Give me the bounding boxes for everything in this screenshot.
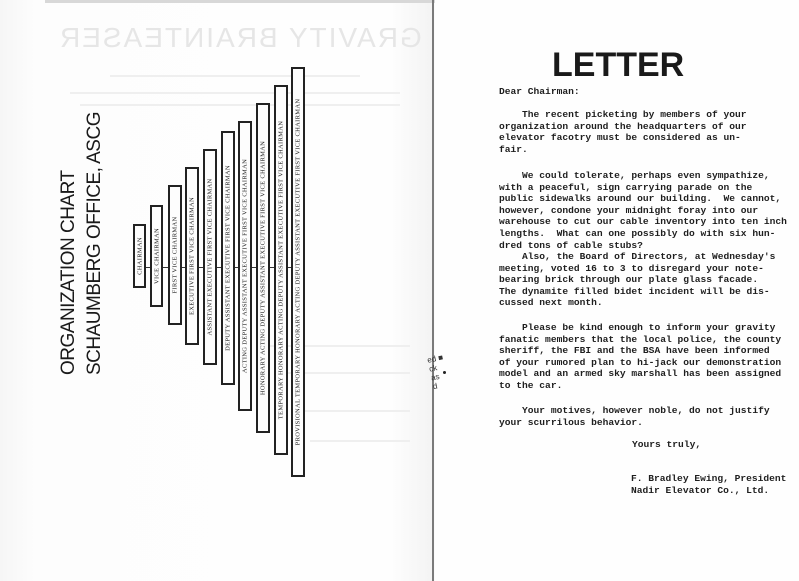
org-chart-box: VICE CHAIRMAN — [150, 205, 163, 307]
org-chart-box-label: TEMPORARY HONORARY ACTING DEPUTY ASSISTA… — [278, 121, 285, 419]
org-chart-box: TEMPORARY HONORARY ACTING DEPUTY ASSISTA… — [274, 85, 288, 455]
org-chart-box: EXECUTIVE FIRST VICE CHAIRMAN — [185, 167, 199, 345]
letter-signature: F. Bradley Ewing, President Nadir Elevat… — [631, 473, 799, 496]
org-chart-box-label: VICE CHAIRMAN — [153, 228, 160, 284]
letter-heading: LETTER — [552, 46, 684, 85]
org-chart-box-label: CHAIRMAN — [136, 237, 143, 275]
letter-salutation: Dear Chairman: — [499, 86, 791, 98]
org-chart-box: ASSISTANT EXECUTIVE FIRST VICE CHAIRMAN — [203, 149, 217, 365]
org-chart-box: FIRST VICE CHAIRMAN — [168, 185, 182, 325]
margin-dot — [443, 371, 446, 374]
org-chart: CHAIRMANVICE CHAIRMANFIRST VICE CHAIRMAN… — [0, 0, 434, 581]
org-chart-box: DEPUTY ASSISTANT EXECUTIVE FIRST VICE CH… — [221, 131, 235, 385]
letter-paragraph: Also, the Board of Directors, at Wednesd… — [499, 251, 791, 309]
org-chart-box-label: HONORARY ACTING DEPUTY ASSISTANT EXECUTI… — [260, 141, 267, 395]
org-chart-box-label: ASSISTANT EXECUTIVE FIRST VICE CHAIRMAN — [207, 178, 214, 335]
org-chart-box-label: FIRST VICE CHAIRMAN — [172, 217, 179, 294]
letter-paragraph: Please be kind enough to inform your gra… — [499, 322, 791, 392]
page-spine — [432, 0, 434, 581]
org-chart-box: PROVISIONAL TEMPORARY HONORARY ACTING DE… — [291, 67, 305, 477]
org-chart-box-label: DEPUTY ASSISTANT EXECUTIVE FIRST VICE CH… — [225, 165, 232, 351]
letter-paragraph: Your motives, however noble, do not just… — [499, 405, 791, 428]
letter-closing: Yours truly, — [632, 439, 799, 451]
org-chart-box-label: PROVISIONAL TEMPORARY HONORARY ACTING DE… — [295, 99, 302, 446]
org-chart-box-label: ACTING DEPUTY ASSISTANT EXECUTIVE FIRST … — [242, 159, 249, 373]
org-chart-box-label: EXECUTIVE FIRST VICE CHAIRMAN — [189, 197, 196, 315]
org-chart-box: HONORARY ACTING DEPUTY ASSISTANT EXECUTI… — [256, 103, 270, 433]
org-chart-box: ACTING DEPUTY ASSISTANT EXECUTIVE FIRST … — [238, 121, 252, 411]
org-chart-box: CHAIRMAN — [133, 224, 146, 288]
letter-paragraph: We could tolerate, perhaps even sympathi… — [499, 170, 791, 251]
letter-paragraph: The recent picketing by members of your … — [499, 109, 791, 155]
